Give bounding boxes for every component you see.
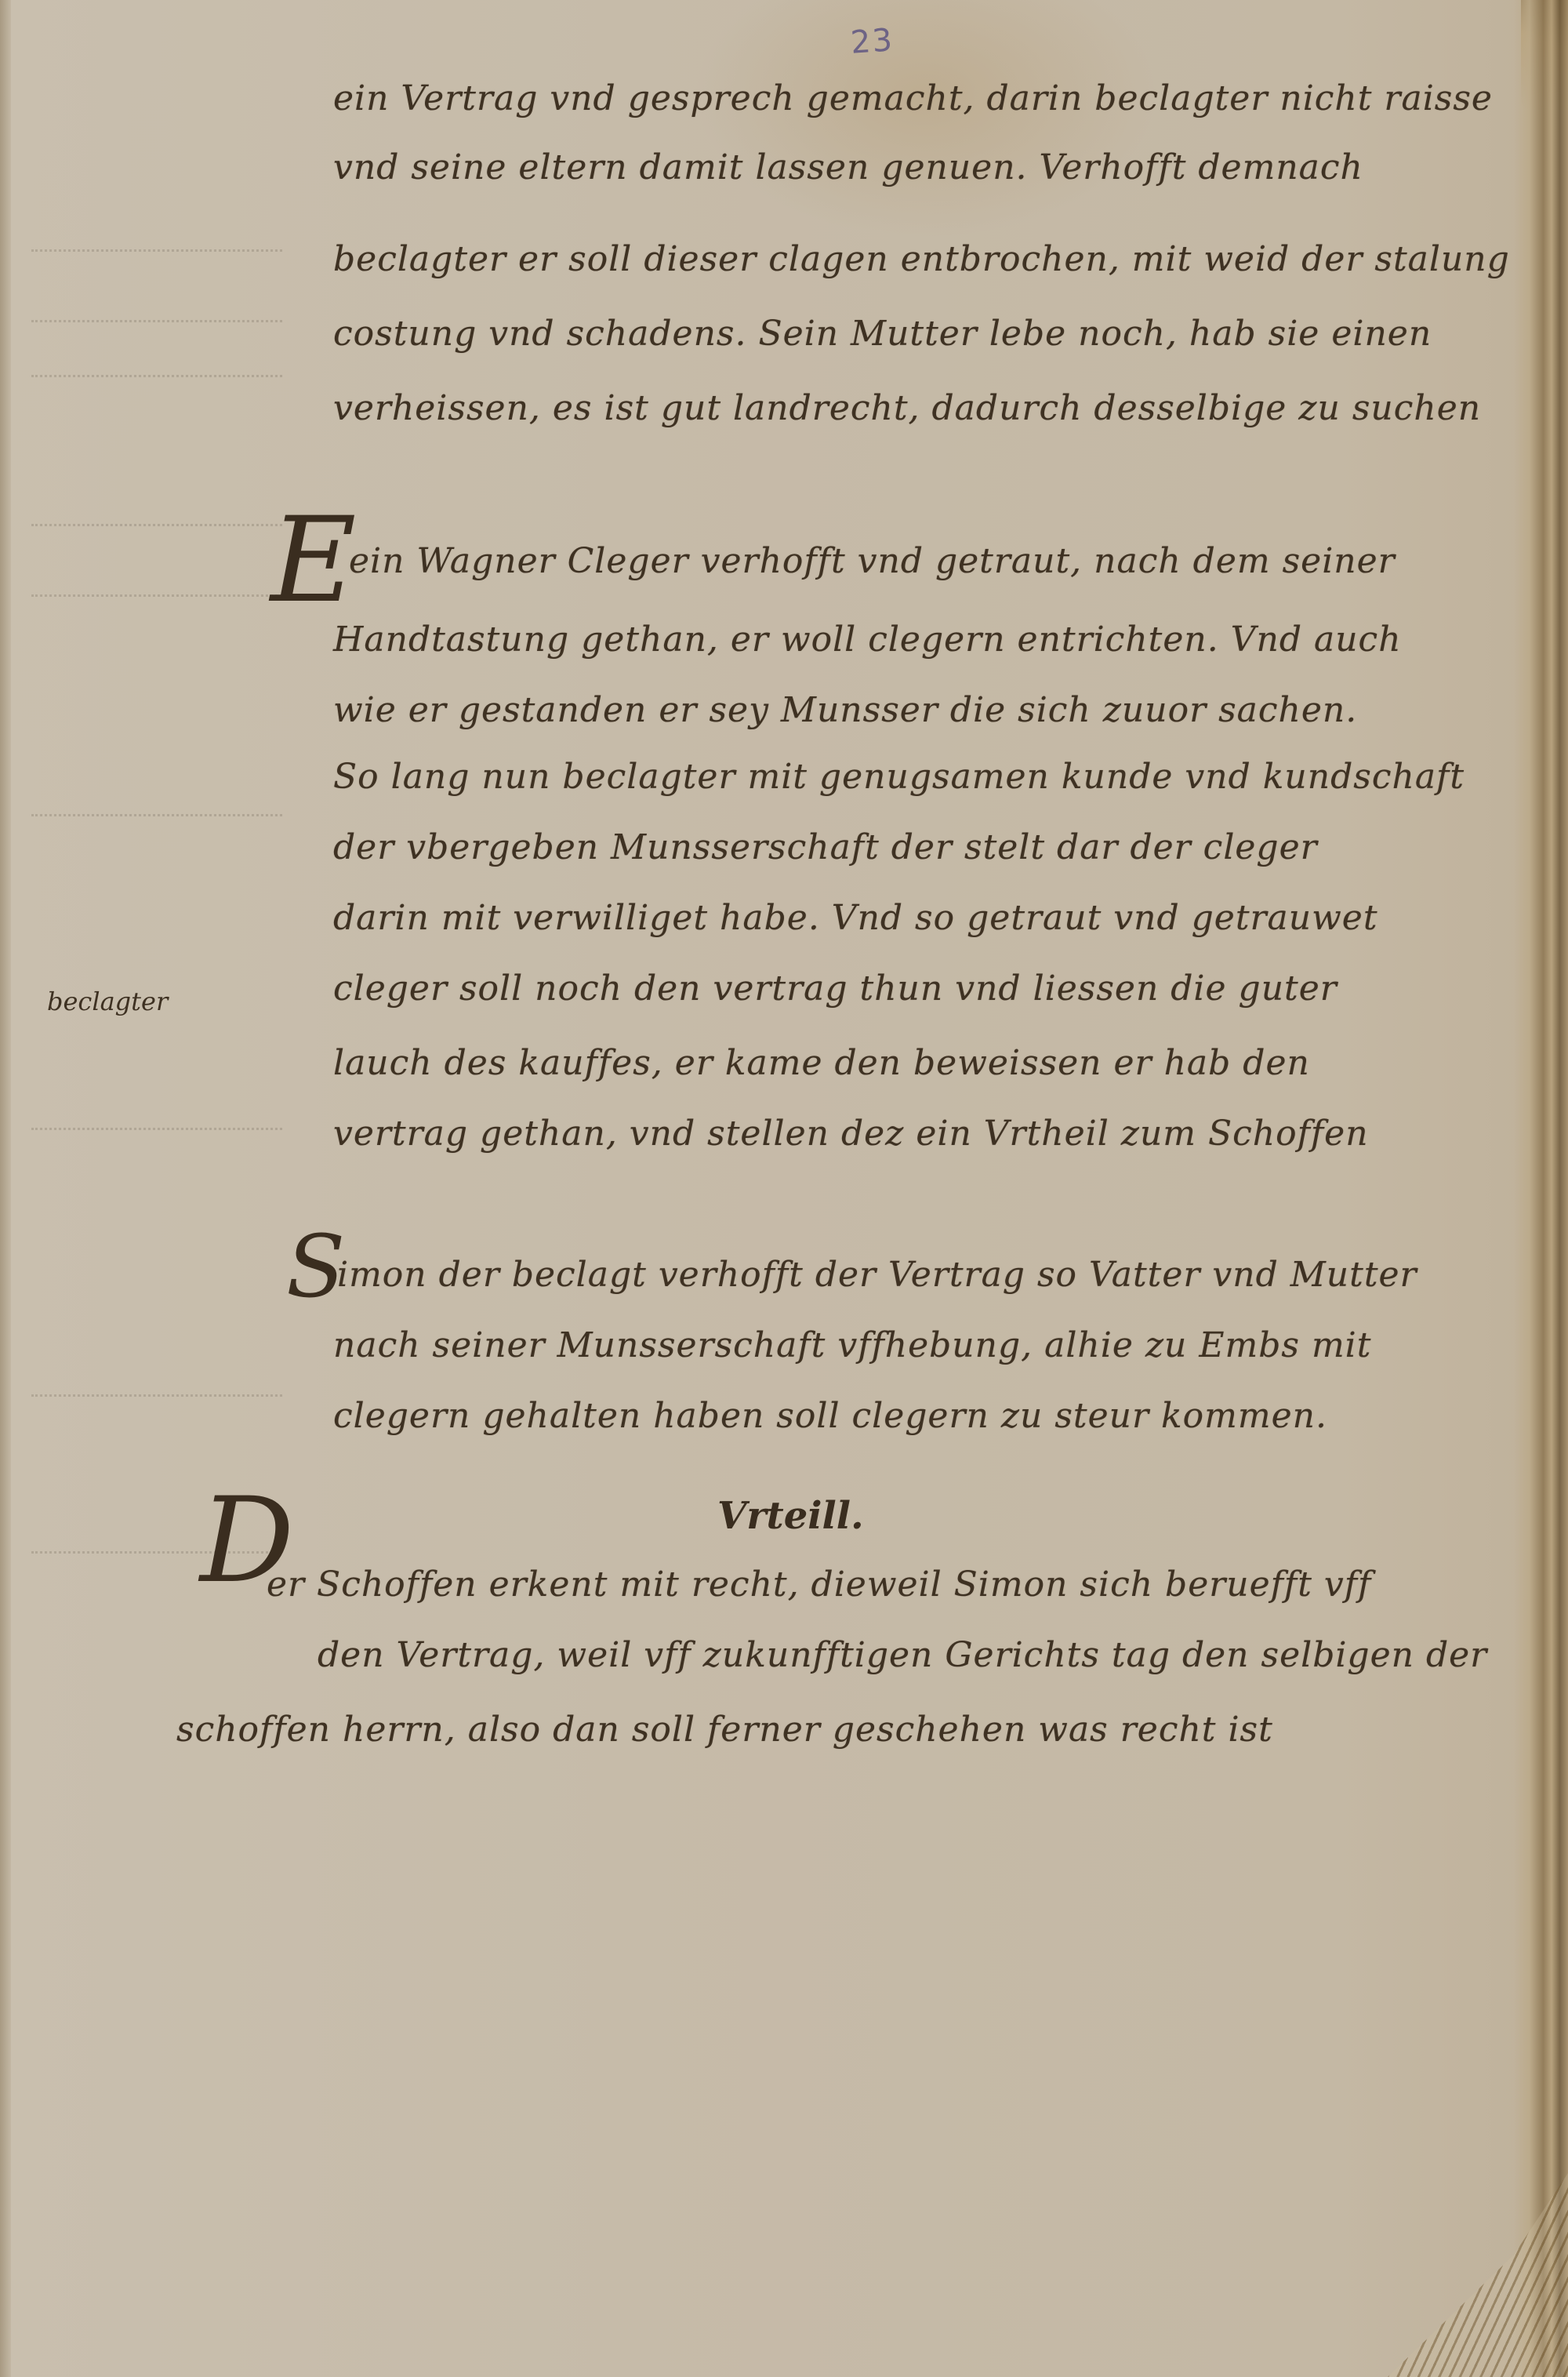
text-line: cleger soll noch den vertrag thun vnd li… — [333, 969, 1338, 1009]
text-line: ein Vertrag vnd gesprech gemacht, darin … — [333, 78, 1493, 118]
text-line: verheissen, es ist gut landrecht, dadurc… — [333, 388, 1481, 428]
text-line: imon der beclagt verhofft der Vertrag so… — [337, 1255, 1417, 1295]
page-left-edge — [0, 0, 11, 2377]
text-line: nach seiner Munsserschaft vffhebung, alh… — [333, 1325, 1371, 1365]
text-line: ein Wagner Cleger verhofft vnd getraut, … — [349, 541, 1396, 581]
bleed-through-mark — [31, 361, 282, 377]
bleed-through-mark — [31, 1380, 282, 1397]
verdict-heading: Vrteill. — [717, 1494, 864, 1538]
bleed-through-mark — [31, 800, 282, 816]
bleed-through-mark — [31, 510, 282, 526]
text-line: schoffen herrn, also dan soll ferner ges… — [176, 1710, 1273, 1750]
bleed-through-mark — [31, 235, 282, 252]
bleed-through-mark — [31, 580, 282, 597]
text-line: clegern gehalten haben soll clegern zu s… — [333, 1396, 1327, 1436]
text-line: Handtastung gethan, er woll clegern entr… — [333, 620, 1402, 660]
text-line: den Vertrag, weil vff zukunfftigen Geric… — [318, 1635, 1487, 1675]
bleed-through-mark — [31, 1114, 282, 1130]
page-right-edge — [1513, 0, 1568, 2377]
text-line: er Schoffen erkent mit recht, dieweil Si… — [267, 1565, 1371, 1605]
folio-number: 23 — [849, 22, 895, 61]
text-line: vnd seine eltern damit lassen genuen. Ve… — [333, 147, 1363, 187]
text-line: vertrag gethan, vnd stellen dez ein Vrth… — [333, 1114, 1369, 1154]
text-line: der vbergeben Munsserschaft der stelt da… — [333, 827, 1318, 867]
text-line: lauch des kauffes, er kame den beweissen… — [333, 1043, 1310, 1083]
text-line: wie er gestanden er sey Munsser die sich… — [333, 690, 1357, 730]
text-line: darin mit verwilliget habe. Vnd so getra… — [333, 898, 1378, 938]
bleed-through-mark — [31, 306, 282, 322]
text-line: So lang nun beclagter mit genugsamen kun… — [333, 757, 1465, 797]
text-line: beclagter er soll dieser clagen entbroch… — [333, 239, 1510, 279]
initial-letter: E — [270, 502, 357, 620]
manuscript-page: 23 ein Vertrag vnd gesprech gemacht, dar… — [0, 0, 1568, 2377]
margin-note: beclagter — [47, 987, 168, 1016]
text-line: costung vnd schadens. Sein Mutter lebe n… — [333, 314, 1432, 354]
